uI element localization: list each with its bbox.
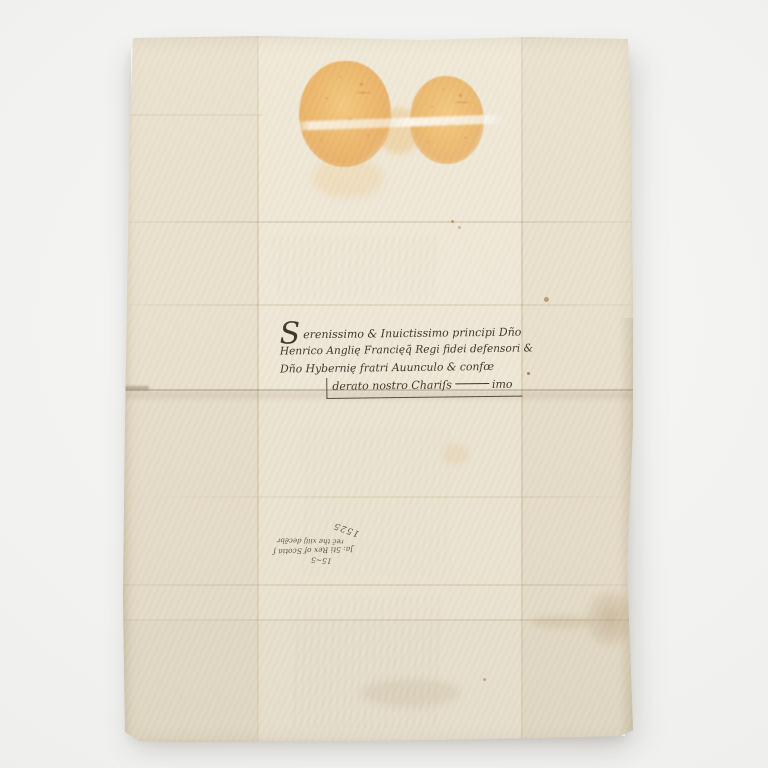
horizontal-crease-2 xyxy=(123,304,633,306)
address-line-4-name: Chariſs xyxy=(411,378,452,391)
address-line-4: derato nostro Chariſsimo xyxy=(326,375,532,399)
foxing-spots xyxy=(451,220,454,223)
address-line-2: Henrico Anglię Francięq̃ Regi fidei defe… xyxy=(280,340,532,360)
right-edge-shading xyxy=(619,318,633,742)
address-panel: Serenissimo & Inuictissimo principi Dño … xyxy=(280,323,533,399)
address-line-3: Dño Hybernię fratri Auunculo & confœ xyxy=(280,357,532,377)
archival-endorsement: 1525 rec̃ the xiiij decẽbr Ja: 5ti Rex o… xyxy=(273,524,403,565)
manuscript-letter: Serenissimo & Inuictissimo principi Dño … xyxy=(123,36,633,742)
pen-flourish-dash xyxy=(455,383,489,384)
wax-seal-remnant-left xyxy=(299,61,391,167)
endorsement-line-4: 15~5 xyxy=(311,555,332,565)
endorsement-line-2: rec̃ the xiiij decẽbr xyxy=(277,536,344,545)
address-line-4-suffix: imo xyxy=(492,378,513,391)
stain-bottom-center xyxy=(361,679,461,707)
water-stain-tail xyxy=(531,616,591,628)
stain-center-faint xyxy=(443,444,469,464)
horizontal-crease-0 xyxy=(123,114,263,116)
address-line-1-text: erenissimo & Inuictissimo principi Dño xyxy=(303,326,521,342)
ink-bleedthrough-lower xyxy=(291,596,441,728)
ornate-initial: S xyxy=(279,316,300,351)
horizontal-crease-5 xyxy=(123,584,633,586)
crease-pinch xyxy=(123,386,149,390)
photo-backdrop: Serenissimo & Inuictissimo principi Dño … xyxy=(0,0,768,768)
ink-bleedthrough-upper xyxy=(273,236,438,298)
address-line-4-pre: derato nostro xyxy=(332,379,408,393)
horizontal-crease-1 xyxy=(123,221,633,223)
